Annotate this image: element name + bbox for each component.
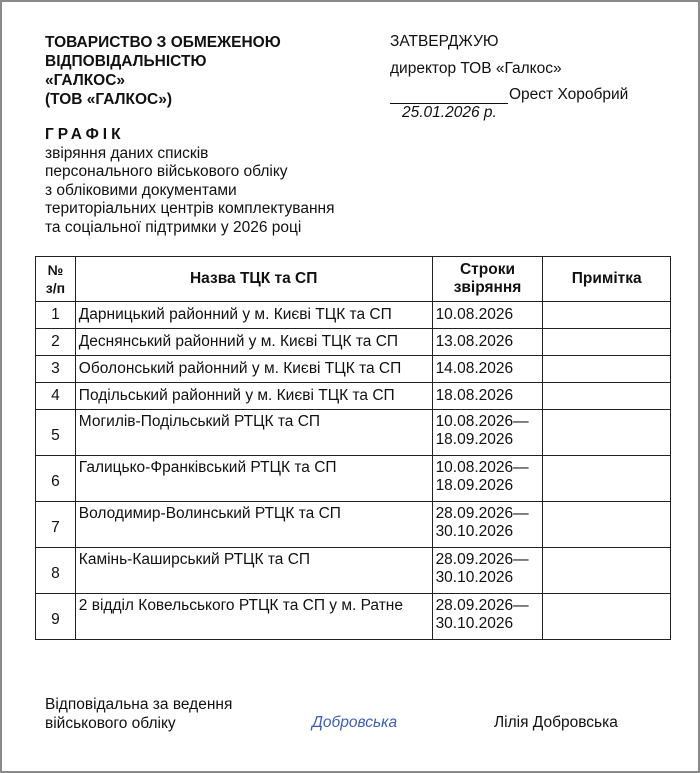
row-note bbox=[543, 548, 671, 594]
approval-signer: Орест Хоробрий bbox=[509, 86, 628, 104]
handwritten-signature: Добровська bbox=[312, 714, 397, 732]
row-name: Оболонський районний у м. Києві ТЦК та С… bbox=[75, 356, 432, 383]
row-term: 10.08.2026—18.09.2026 bbox=[432, 410, 543, 456]
table-header-row: № з/п Назва ТЦК та СП Строки звіряння Пр… bbox=[36, 257, 671, 302]
row-note bbox=[543, 302, 671, 329]
row-term: 10.08.2026 bbox=[432, 302, 543, 329]
table-row: 4Подільський районний у м. Києві ТЦК та … bbox=[36, 383, 671, 410]
org-line: (ТОВ «ГАЛКОС») bbox=[45, 90, 365, 109]
table-row: 1Дарницький районний у м. Києві ТЦК та С… bbox=[36, 302, 671, 329]
row-note bbox=[543, 410, 671, 456]
table-row: 92 відділ Ковельського РТЦК та СП у м. Р… bbox=[36, 594, 671, 640]
row-term: 13.08.2026 bbox=[432, 329, 543, 356]
schedule-table: № з/п Назва ТЦК та СП Строки звіряння Пр… bbox=[35, 256, 671, 640]
table-row: 2Деснянський районний у м. Києві ТЦК та … bbox=[36, 329, 671, 356]
responsible-name: Лілія Добровська bbox=[494, 714, 618, 732]
header-number: № з/п bbox=[36, 257, 76, 302]
header-note: Примітка bbox=[543, 257, 671, 302]
row-term: 28.09.2026—30.10.2026 bbox=[432, 548, 543, 594]
header-name: Назва ТЦК та СП bbox=[75, 257, 432, 302]
title-line: з обліковими документами bbox=[45, 182, 375, 201]
row-term: 28.09.2026—30.10.2026 bbox=[432, 502, 543, 548]
row-name: Деснянський районний у м. Києві ТЦК та С… bbox=[75, 329, 432, 356]
row-name: 2 відділ Ковельського РТЦК та СП у м. Ра… bbox=[75, 594, 432, 640]
row-number: 5 bbox=[36, 410, 76, 456]
row-number: 1 bbox=[36, 302, 76, 329]
row-note bbox=[543, 502, 671, 548]
row-name: Подільський районний у м. Києві ТЦК та С… bbox=[75, 383, 432, 410]
row-number: 8 bbox=[36, 548, 76, 594]
row-name: Галицько-Франківський РТЦК та СП bbox=[75, 456, 432, 502]
row-name: Могилів-Подільський РТЦК та СП bbox=[75, 410, 432, 456]
title-line: та соціальної підтримки у 2026 році bbox=[45, 219, 375, 238]
row-number: 2 bbox=[36, 329, 76, 356]
row-term: 14.08.2026 bbox=[432, 356, 543, 383]
document-heading: ГРАФІК bbox=[45, 126, 375, 145]
table-row: 6Галицько-Франківський РТЦК та СП10.08.2… bbox=[36, 456, 671, 502]
approval-date: 25.01.2026 р. bbox=[402, 104, 497, 122]
row-name: Володимир-Волинський РТЦК та СП bbox=[75, 502, 432, 548]
responsible-label: Відповідальна за ведення військового обл… bbox=[45, 695, 232, 733]
row-term: 18.08.2026 bbox=[432, 383, 543, 410]
document-title: ГРАФІК звіряння даних списків персональн… bbox=[45, 126, 375, 237]
row-term: 28.09.2026—30.10.2026 bbox=[432, 594, 543, 640]
row-note bbox=[543, 594, 671, 640]
row-number: 4 bbox=[36, 383, 76, 410]
approval-signature-line: Орест Хоробрий bbox=[390, 86, 628, 104]
table-row: 5Могилів-Подільський РТЦК та СП10.08.202… bbox=[36, 410, 671, 456]
org-line: ВІДПОВІДАЛЬНІСТЮ bbox=[45, 52, 365, 71]
row-note bbox=[543, 456, 671, 502]
org-line: «ГАЛКОС» bbox=[45, 71, 365, 90]
approval-title: ЗАТВЕРДЖУЮ bbox=[390, 33, 499, 51]
row-number: 3 bbox=[36, 356, 76, 383]
row-number: 6 bbox=[36, 456, 76, 502]
row-number: 7 bbox=[36, 502, 76, 548]
row-note bbox=[543, 383, 671, 410]
row-number: 9 bbox=[36, 594, 76, 640]
header-term: Строки звіряння bbox=[432, 257, 543, 302]
row-note bbox=[543, 329, 671, 356]
organization-name: ТОВАРИСТВО З ОБМЕЖЕНОЮ ВІДПОВІДАЛЬНІСТЮ … bbox=[45, 33, 365, 109]
signature-underline bbox=[390, 89, 508, 104]
table-row: 8Камінь-Каширський РТЦК та СП28.09.2026—… bbox=[36, 548, 671, 594]
row-note bbox=[543, 356, 671, 383]
document-page: ТОВАРИСТВО З ОБМЕЖЕНОЮ ВІДПОВІДАЛЬНІСТЮ … bbox=[0, 0, 700, 773]
org-line: ТОВАРИСТВО З ОБМЕЖЕНОЮ bbox=[45, 33, 365, 52]
table-row: 3Оболонський районний у м. Києві ТЦК та … bbox=[36, 356, 671, 383]
row-term: 10.08.2026—18.09.2026 bbox=[432, 456, 543, 502]
row-name: Камінь-Каширський РТЦК та СП bbox=[75, 548, 432, 594]
approval-role: директор ТОВ «Галкос» bbox=[390, 60, 562, 78]
title-line: звіряння даних списків bbox=[45, 145, 375, 164]
table-row: 7Володимир-Волинський РТЦК та СП28.09.20… bbox=[36, 502, 671, 548]
title-line: персонального військового обліку bbox=[45, 163, 375, 182]
title-line: територіальних центрів комплектування bbox=[45, 200, 375, 219]
row-name: Дарницький районний у м. Києві ТЦК та СП bbox=[75, 302, 432, 329]
